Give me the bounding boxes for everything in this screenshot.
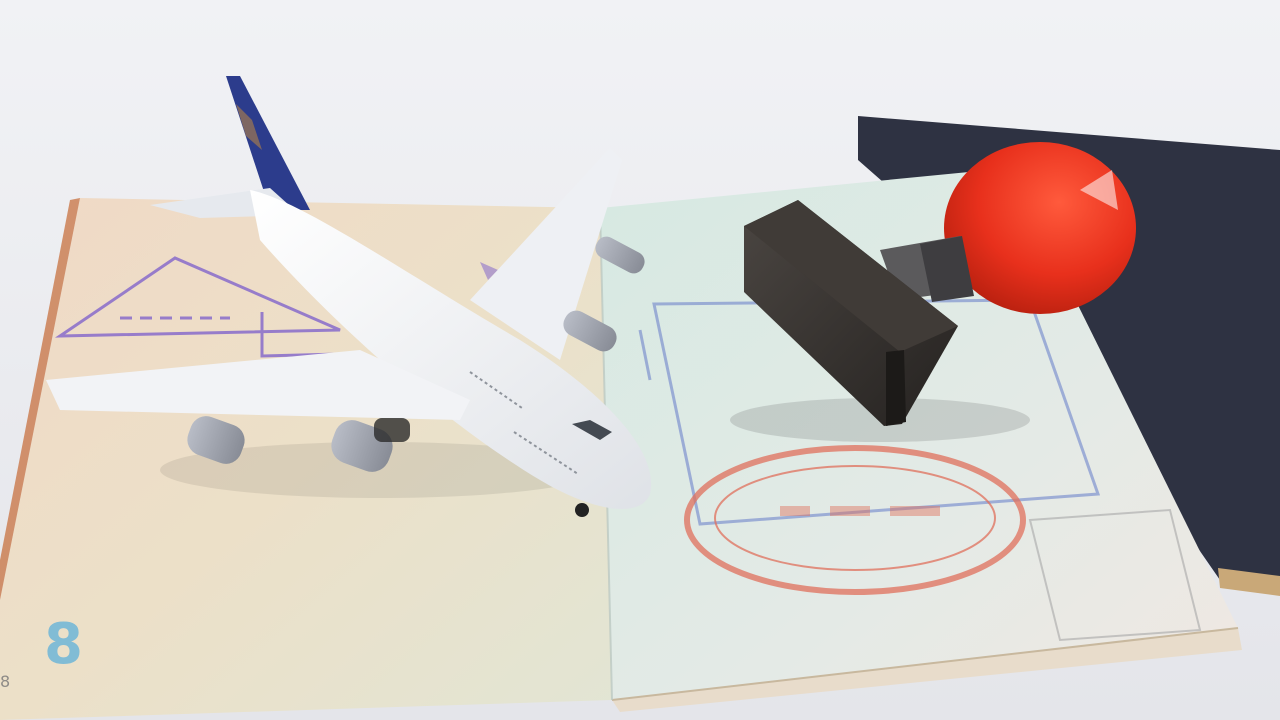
stamp-handle xyxy=(944,142,1136,314)
scene-illustration xyxy=(0,0,1280,720)
photo-scene: 8 8 xyxy=(0,0,1280,720)
passport-page-number: 8 xyxy=(44,612,83,677)
passport-edge-number: 8 xyxy=(0,672,10,691)
